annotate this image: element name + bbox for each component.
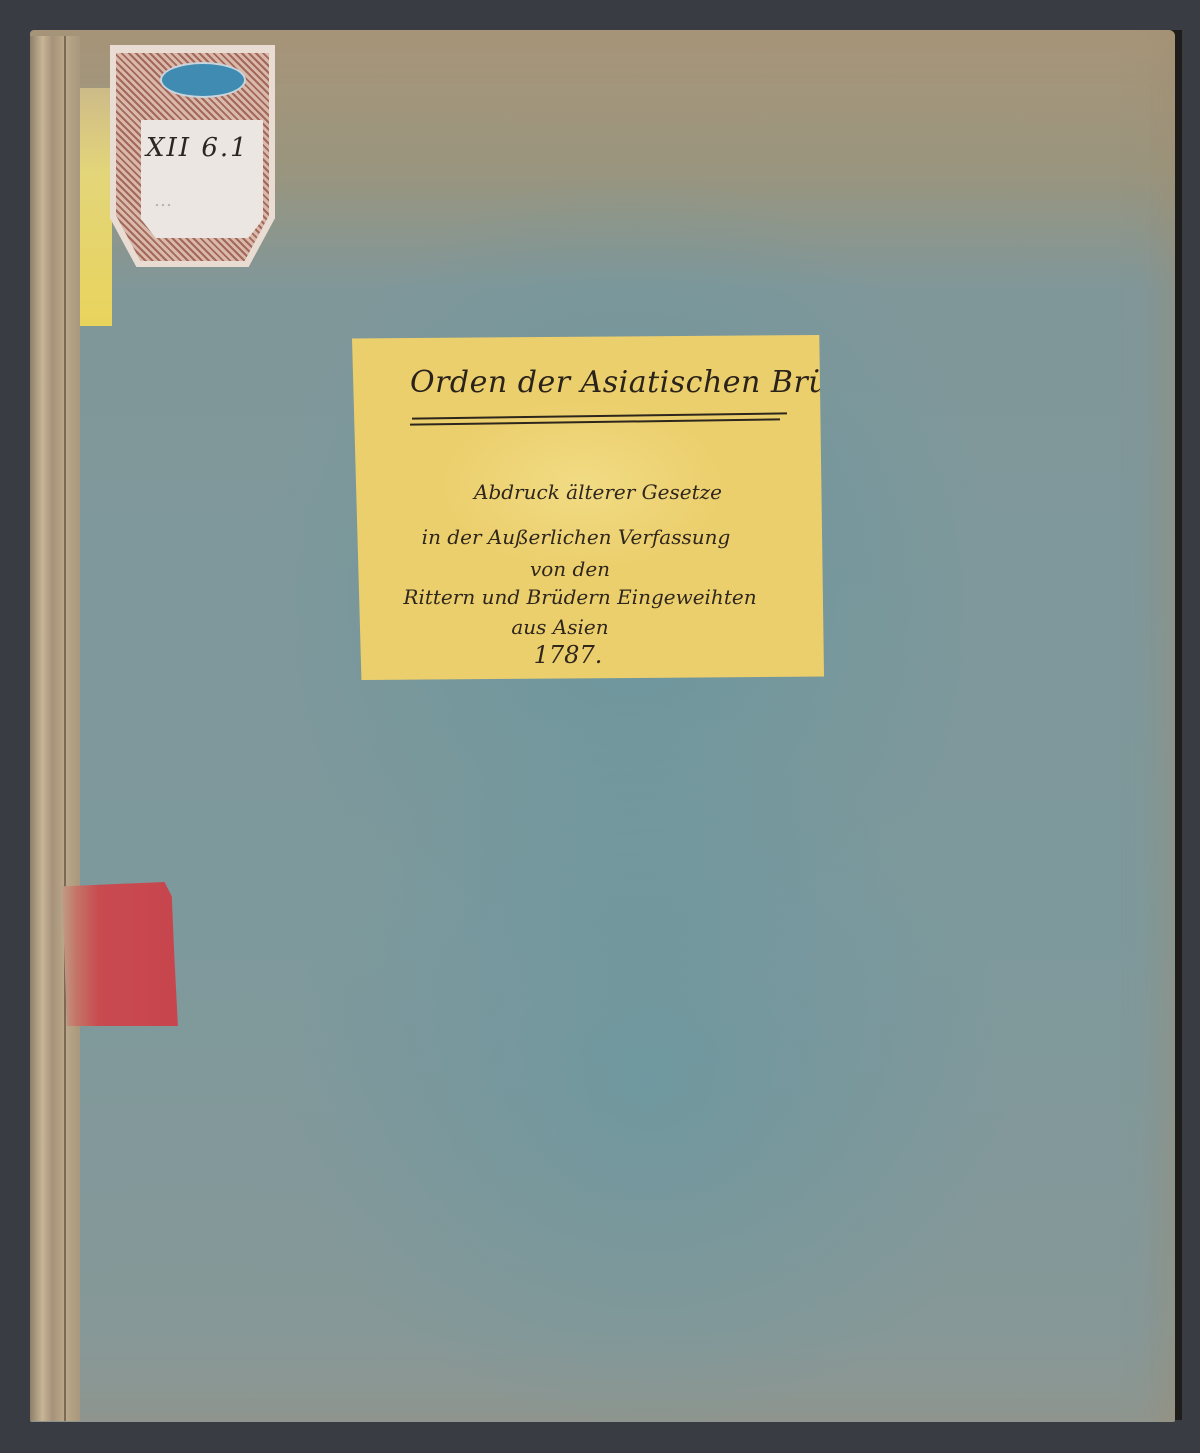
title-line-4: Rittern und Brüdern Eingeweihten xyxy=(344,585,816,609)
handwritten-title-label: Orden der Asiatischen Brüder Abdruck ält… xyxy=(352,335,824,680)
spine-hinge-line xyxy=(64,36,66,1421)
blue-oval-emblem xyxy=(160,62,246,98)
title-line-3: von den xyxy=(334,557,806,581)
red-spine-label xyxy=(62,882,184,1026)
title-year: 1787. xyxy=(332,641,804,669)
title-line-2: in der Außerlichen Verfassung xyxy=(340,525,812,549)
title-line-5: aus Asien xyxy=(324,615,796,639)
library-shelfmark-label: XII 6.1 … xyxy=(110,45,275,267)
heading-underline-2 xyxy=(410,418,780,425)
title-heading: Orden der Asiatischen Brüder xyxy=(410,365,881,400)
book-spine xyxy=(30,36,80,1421)
title-line-1: Abdruck älterer Gesetze xyxy=(362,480,834,504)
faint-pencil-text: … xyxy=(154,190,172,211)
shelfmark-text: XII 6.1 xyxy=(146,133,256,163)
yellow-spine-strip xyxy=(80,88,112,326)
